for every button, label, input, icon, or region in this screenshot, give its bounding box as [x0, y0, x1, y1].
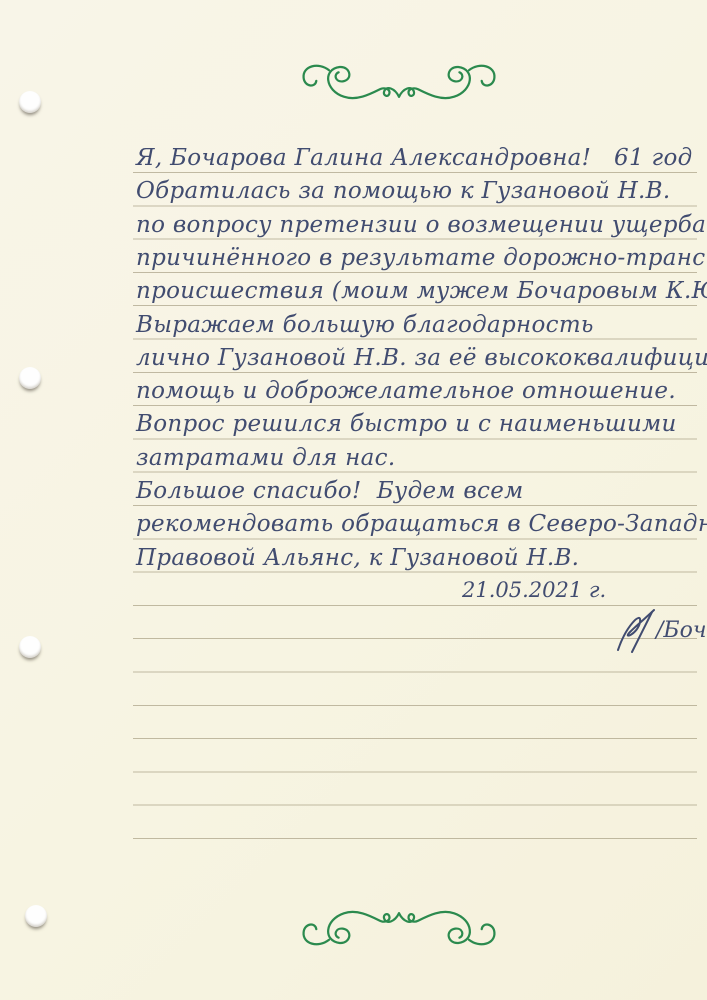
- handwritten-line: по вопросу претензии о возмещении ущерба…: [136, 211, 707, 239]
- handwritten-line: происшествия (моим мужем Бочаровым К.Ю.): [136, 277, 707, 305]
- signature: /Бочар: [612, 606, 707, 654]
- hole-punch: [19, 636, 41, 658]
- scanned-letter-page: Я, Бочарова Галина Александровна! 61 год…: [0, 0, 707, 1000]
- signature-name: /Бочар: [656, 618, 707, 643]
- handwritten-date: 21.05.2021 г.: [462, 578, 606, 602]
- hole-punch: [19, 91, 41, 113]
- handwritten-line: рекомендовать обращаться в Северо-Западн…: [136, 510, 707, 538]
- handwritten-line: причинённого в результате дорожно-трансп…: [136, 244, 707, 272]
- handwritten-line: Вопрос решился быстро и с наименьшими: [136, 410, 677, 438]
- flourish-divider-icon: [293, 56, 505, 112]
- signature-squiggle-icon: [612, 606, 656, 654]
- handwritten-line: лично Гузановой Н.В. за её высококвалифи…: [136, 344, 707, 372]
- handwritten-line: Большое спасибо! Будем всем: [136, 477, 523, 505]
- handwritten-line: Я, Бочарова Галина Александровна! 61 год: [136, 144, 692, 172]
- handwritten-line: Выражаем большую благодарность: [136, 311, 594, 339]
- handwritten-line: Правовой Альянс, к Гузановой Н.В.: [136, 544, 579, 572]
- handwritten-line: затратами для нас.: [136, 444, 395, 472]
- handwritten-line: помощь и доброжелательное отношение.: [136, 377, 676, 405]
- hole-punch: [25, 905, 47, 927]
- flourish-divider-icon: [293, 898, 505, 954]
- ruled-lines: [133, 172, 697, 840]
- handwritten-line: Обратилась за помощью к Гузановой Н.В.: [136, 177, 670, 205]
- hole-punch: [19, 367, 41, 389]
